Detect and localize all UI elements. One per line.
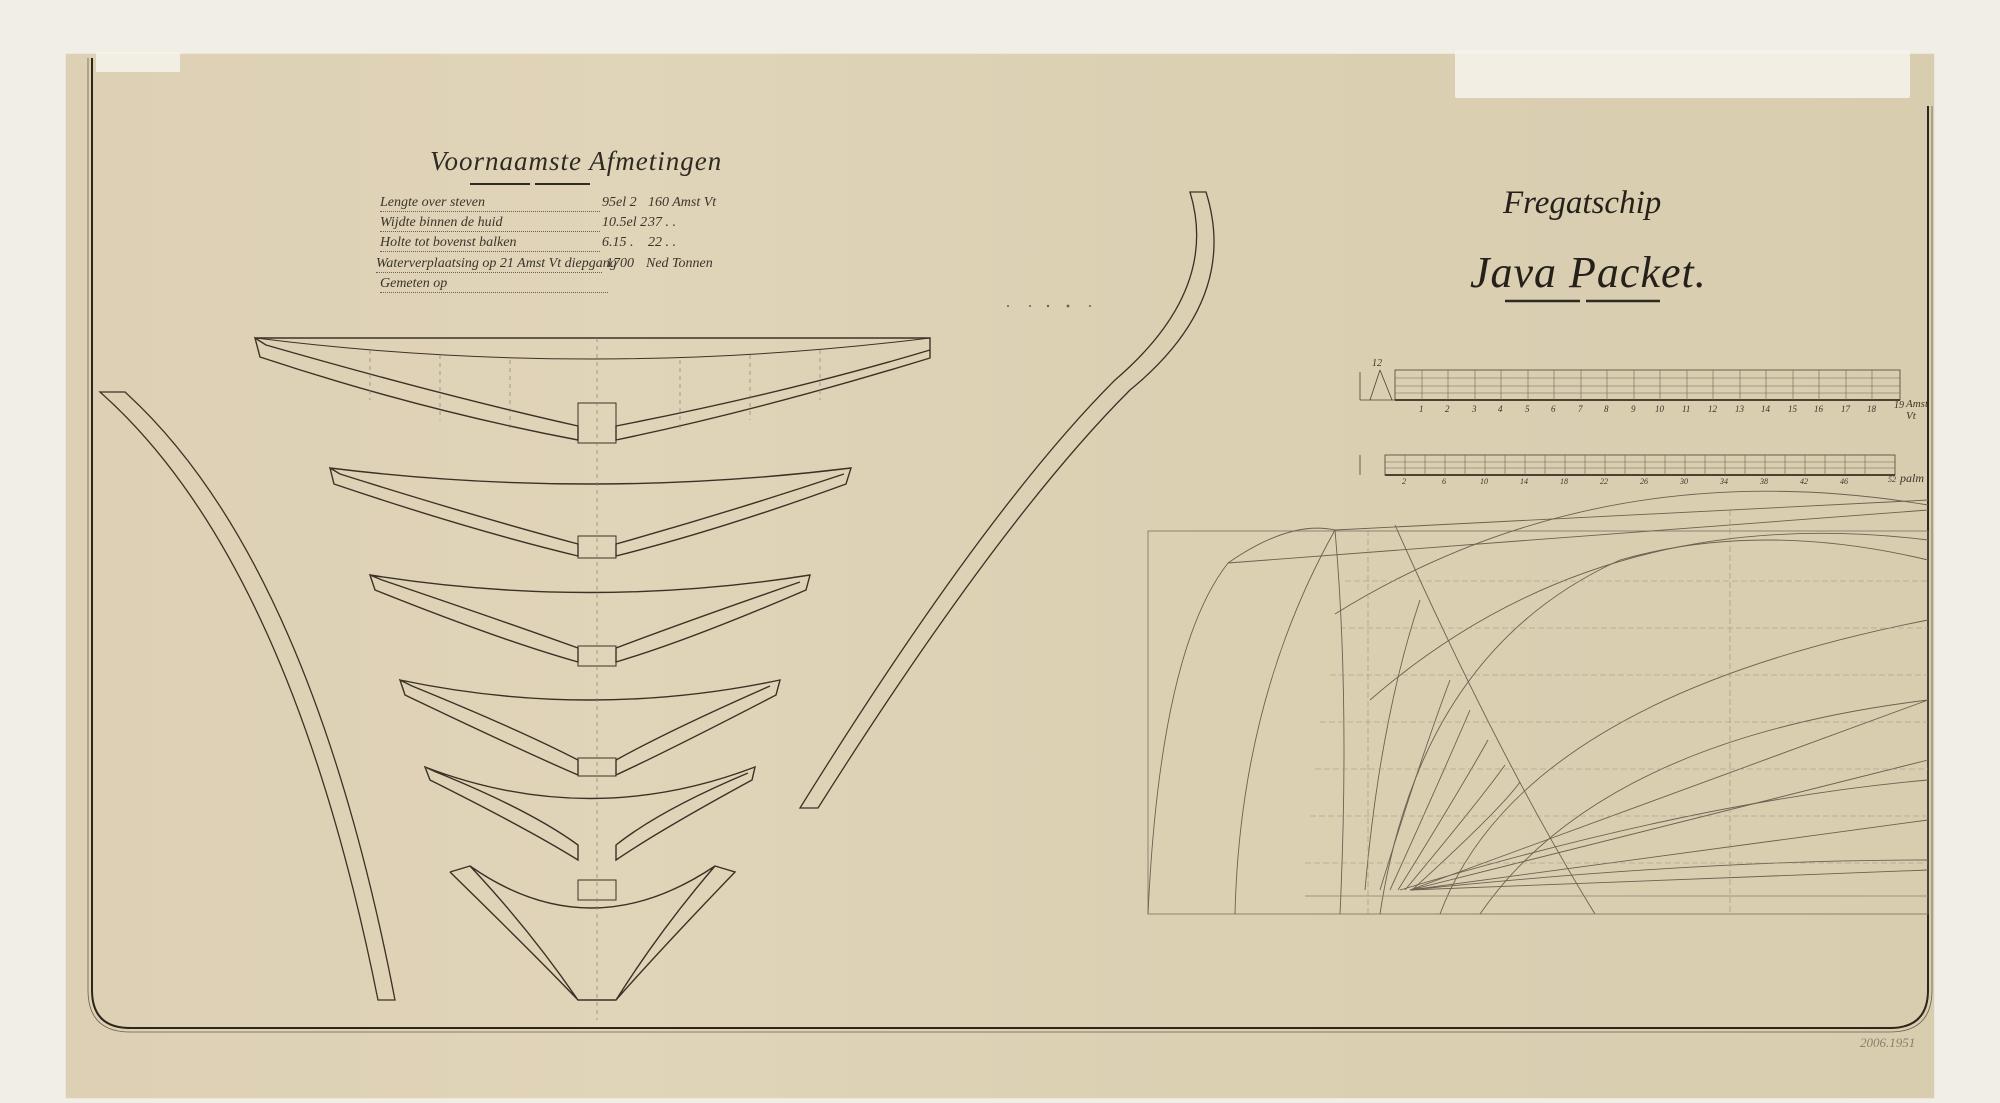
body-plan [1148,491,1928,914]
ship-name-title: Java Packet. [1470,247,1707,298]
scale-tick: 30 [1680,477,1688,486]
dimension-value-2: 37 . . [648,215,676,231]
dimension-row: Lengte over steven 95el 2 160 Amst Vt [380,195,600,212]
ship-type-title: Fregatschip [1503,185,1661,222]
scale-tick: 10 [1655,404,1664,414]
scale-tick: 34 [1720,477,1728,486]
scale-tick: 7 [1578,404,1583,414]
dimension-label: Lengte over steven [380,195,600,212]
dimension-value: 1700 [606,256,634,272]
dimension-value: 6.15 . [602,235,634,251]
scale-unit: palm [1900,471,1924,486]
scale-tick: 42 [1800,477,1808,486]
scale-tick: 3 [1472,404,1477,414]
scale-tick: 9 [1631,404,1636,414]
scale-tick: 12 [1708,404,1717,414]
dimension-value: 10.5el 2 [602,215,647,231]
scale-tick: 22 [1600,477,1608,486]
dimensions-heading: Voornaamste Afmetingen [430,146,722,177]
left-side-frame [100,392,395,1000]
scale-tick: 8 [1604,404,1609,414]
scale-tick: 52 [1888,475,1896,484]
scale-tick: 1 [1419,404,1424,414]
scale-tick: 16 [1814,404,1823,414]
scale-tick: 10 [1480,477,1488,486]
scale-tick: 6 [1551,404,1556,414]
scale-tick: 4 [1498,404,1503,414]
scale-tick: 18 [1867,404,1876,414]
catalog-number: 2006.1951 [1860,1035,1915,1051]
scale-tick: 38 [1760,477,1768,486]
scale-tick: 19 [1894,400,1904,411]
scale-tick: 18 [1560,477,1568,486]
scale-tick: 2 [1445,404,1450,414]
scale-tick: 14 [1761,404,1770,414]
dimension-row: Waterverplaatsing op 21 Amst Vt diepgang… [376,256,602,273]
dimension-label: Wijdte binnen de huid [380,215,600,232]
dimension-label: Waterverplaatsing op 21 Amst Vt diepgang [376,256,602,273]
scale-tick: 13 [1735,404,1744,414]
dimension-value-2: 160 Amst Vt [648,195,716,211]
scale-tick: 11 [1682,404,1690,414]
dimension-row: Gemeten op [380,276,608,293]
dimension-row: Holte tot bovenst balken 6.15 . 22 . . [380,235,600,252]
drawing-lines [0,0,2000,1103]
dimension-label: Holte tot bovenst balken [380,235,600,252]
scale-tick: 17 [1841,404,1850,414]
dimension-label: Gemeten op [380,276,608,293]
scale-tick: 46 [1840,477,1848,486]
dimension-value-2: Ned Tonnen [646,256,713,272]
scale-unit: Amst Vt [1906,398,1928,422]
scale-sub-label: 12 [1372,358,1382,369]
scale-tick: 14 [1520,477,1528,486]
scale-tick: 6 [1442,477,1446,486]
scale-tick: 26 [1640,477,1648,486]
dimension-row: Wijdte binnen de huid 10.5el 2 37 . . [380,215,600,232]
right-side-frame [800,192,1214,808]
scale-tick: 5 [1525,404,1530,414]
dimension-value: 95el 2 [602,195,637,211]
dimension-value-2: 22 . . [648,235,676,251]
scale-tick: 2 [1402,477,1406,486]
scale-tick: 15 [1788,404,1797,414]
